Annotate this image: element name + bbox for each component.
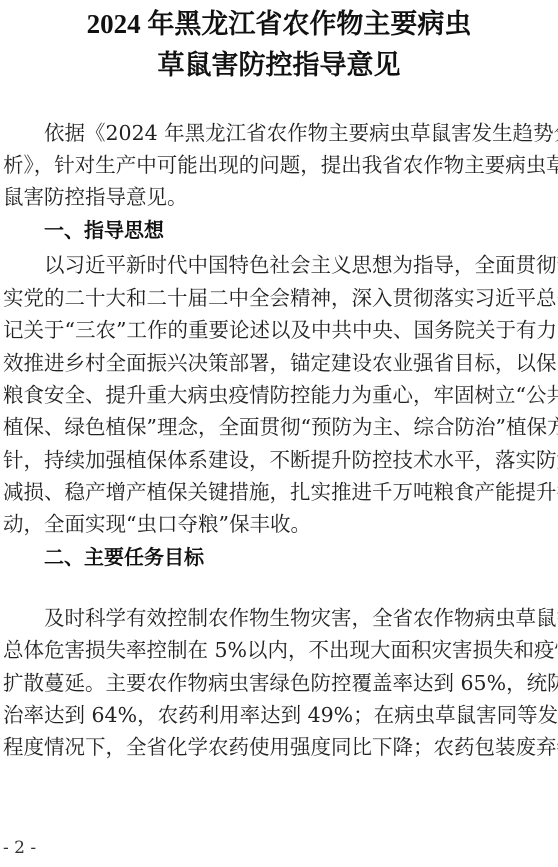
section-heading-main-targets: 二、主要任务目标: [44, 541, 204, 573]
text-line: 鼠害防控指导意见。: [3, 181, 555, 213]
text-line: 依据《2024 年黑龙江省农作物主要病虫草鼠害发生趋势分: [44, 117, 555, 149]
text-line: 减损、稳产增产植保关键措施，扎实推进千万吨粮食产能提升行: [3, 476, 555, 508]
text-line: 记关于“三农”工作的重要论述以及中共中央、国务院关于有力有: [3, 314, 555, 346]
document-title-line-1: 2024 年黑龙江省农作物主要病虫: [0, 2, 558, 41]
text-line: 效推进乡村全面振兴决策部署，锚定建设农业强省目标，以保障: [3, 347, 555, 379]
document-title-line-2: 草鼠害防控指导意见: [0, 43, 558, 82]
text-line: 粮食安全、提升重大病虫疫情防控能力为重心，牢固树立“公共: [3, 379, 555, 411]
text-line: 实党的二十大和二十届二中全会精神，深入贯彻落实习近平总书: [3, 282, 555, 314]
section-heading-guiding-ideology: 一、指导思想: [44, 214, 164, 246]
text-line: 植保、绿色植保”理念，全面贯彻“预防为主、综合防治”植保方: [3, 411, 555, 443]
text-line: 程度情况下，全省化学农药使用强度同比下降；农药包装废弃物: [3, 731, 555, 763]
text-line: 扩散蔓延。主要农作物病虫害绿色防控覆盖率达到 65%，统防统: [3, 667, 555, 699]
text-line: 总体危害损失率控制在 5%以内，不出现大面积灾害损失和疫情: [3, 634, 555, 666]
page-number: - 2 -: [3, 838, 36, 858]
text-line: 析》，针对生产中可能出现的问题，提出我省农作物主要病虫草: [3, 149, 555, 181]
text-line: 及时科学有效控制农作物生物灾害，全省农作物病虫草鼠害: [44, 602, 555, 634]
text-line: 动，全面实现“虫口夺粮”保丰收。: [3, 508, 555, 540]
text-line: 治率达到 64%，农药利用率达到 49%；在病虫草鼠害同等发生: [3, 699, 555, 731]
text-line: 针，持续加强植保体系建设，不断提升防控技术水平，落实防灾: [3, 444, 555, 476]
text-line: 以习近平新时代中国特色社会主义思想为指导，全面贯彻落: [44, 249, 555, 281]
